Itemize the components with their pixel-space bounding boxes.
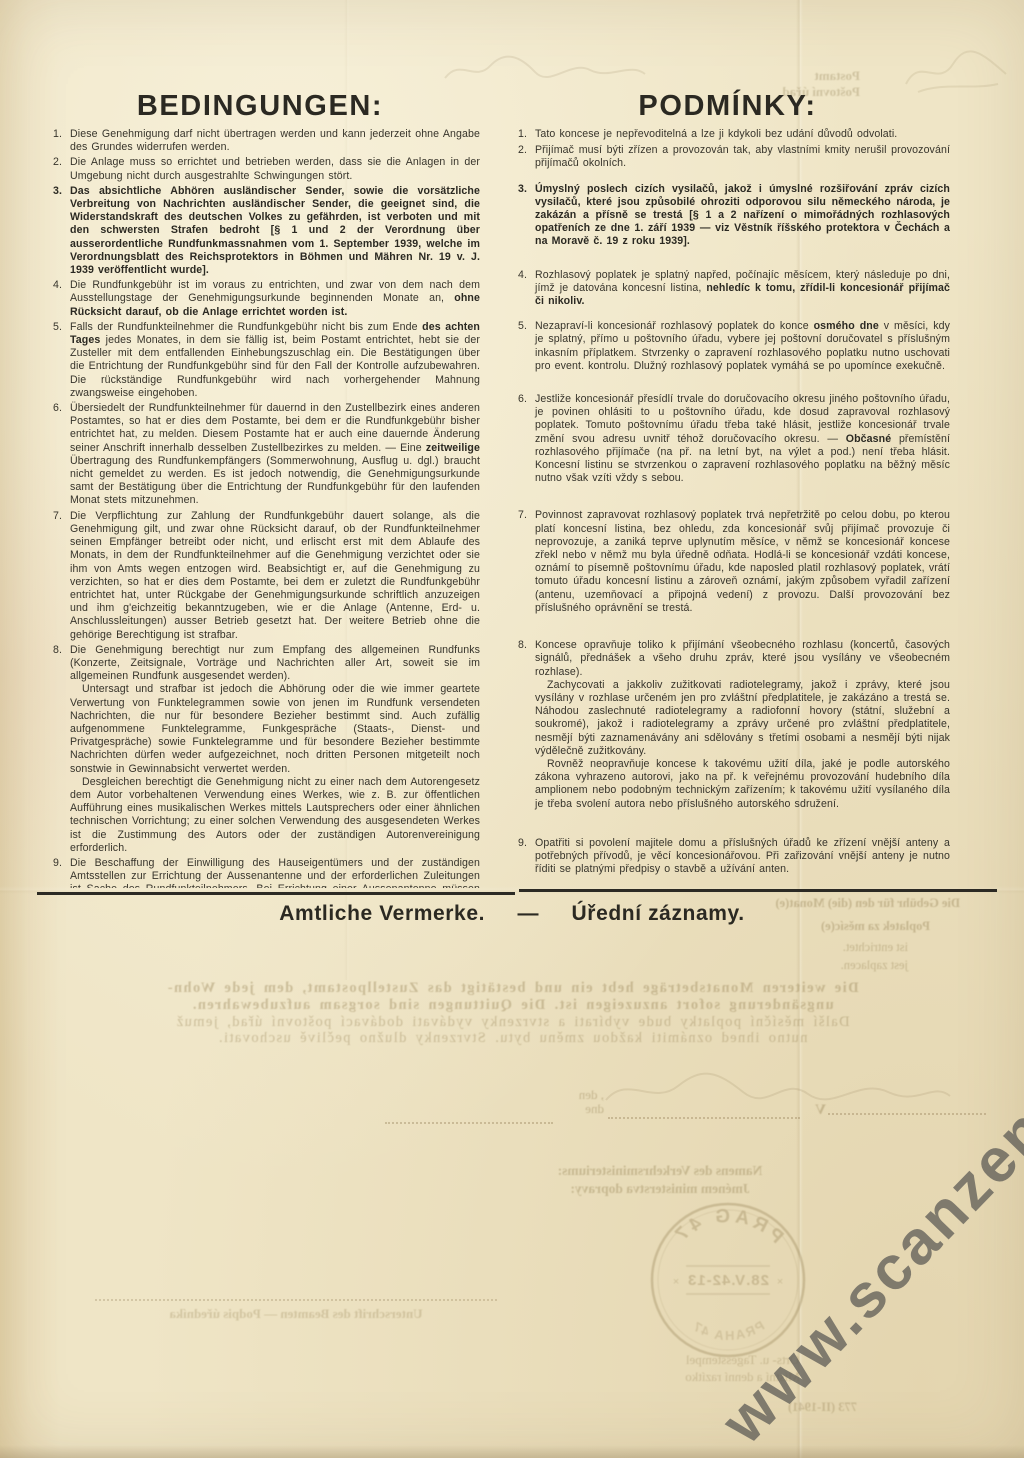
condition-item: 3.Úmyslný poslech cizích vysilačů, jakož… — [505, 183, 950, 249]
condition-item: 8.Die Genehmigung berechtigt nur zum Emp… — [40, 644, 480, 855]
item-text: Koncese opravňuje toliko k přijímání vše… — [535, 639, 950, 811]
item-text: Nezapraví-li koncesionář rozhlasový popl… — [535, 320, 950, 373]
bleed-fee-line-cs: Poplatek za měsíc(e) — [765, 919, 930, 934]
item-text: Die Anlage muss so errichtet und betrieb… — [70, 156, 480, 182]
condition-item: 8.Koncese opravňuje toliko k přijímání v… — [505, 639, 950, 811]
condition-item: 6.Übersiedelt der Rundfunkteilnehmer für… — [40, 402, 480, 508]
item-text: Rozhlasový poplatek je splatný napřed, p… — [535, 269, 950, 309]
german-conditions-list: 1.Diese Genehmigung darf nicht übertrage… — [40, 128, 480, 888]
bleed-signature-caption: Unterschrift des Beamten — Podpis úřední… — [128, 1306, 464, 1322]
item-number: 2. — [505, 144, 527, 157]
bleed-monthly-paragraph: Die weiteren Monatsbeträge hebt ein und … — [55, 980, 970, 1047]
bleed-ministry-label: Namens des Verkehrsministeriums: Jménem … — [540, 1162, 780, 1197]
item-number: 5. — [505, 320, 527, 333]
scanned-license-back-page: Postamt Poštovní úřad BEDINGUNGEN: PODMÍ… — [0, 0, 1024, 1458]
item-text: Die Genehmigung berechtigt nur zum Empfa… — [70, 644, 480, 855]
condition-item: 5.Nezapraví-li koncesionář rozhlasový po… — [505, 320, 950, 373]
item-number: 8. — [505, 639, 527, 652]
svg-text:×: × — [777, 1276, 783, 1288]
item-text: Das absichtliche Abhören ausländischer S… — [70, 185, 480, 277]
item-number: 1. — [505, 128, 527, 141]
czech-conditions-list: 1.Tato koncese je nepřevoditelná a lze j… — [505, 128, 950, 888]
condition-item: 7.Povinnost zapravovat rozhlasový poplat… — [505, 509, 950, 615]
handwriting-bleed — [598, 1066, 958, 1114]
condition-item: 1.Diese Genehmigung darf nicht übertrage… — [40, 128, 480, 154]
item-text: Tato koncese je nepřevoditelná a lze ji … — [535, 128, 950, 141]
item-number: 2. — [40, 156, 62, 169]
item-text: Úmyslný poslech cizích vysilačů, jakož i… — [535, 183, 950, 249]
dotted-line — [95, 1299, 497, 1301]
dotted-line — [385, 1122, 553, 1124]
condition-item: 4.Rozhlasový poplatek je splatný napřed,… — [505, 269, 950, 309]
heading-czech: PODMÍNKY: — [505, 90, 950, 123]
item-text: Jestliže koncesionář přesídlí trvale do … — [535, 393, 950, 485]
scan-edge-shadow — [0, 1445, 1024, 1458]
condition-item: 5.Falls der Rundfunkteilnehmer die Rundf… — [40, 321, 480, 400]
heading-german: BEDINGUNGEN: — [40, 90, 480, 123]
item-text: Opatřiti si povolení majitele domu a pří… — [535, 837, 950, 877]
stamp-city-top: PRAG 47 — [669, 1205, 788, 1248]
item-number: 3. — [505, 183, 527, 196]
item-number: 3. — [40, 185, 62, 198]
item-number: 8. — [40, 644, 62, 657]
item-text: Die Rundfunkgebühr ist im voraus zu entr… — [70, 279, 480, 319]
condition-item: 9.Die Beschaffung der Einwilligung des H… — [40, 857, 480, 888]
item-text: Přijímač musí býti zřízen a provozován t… — [535, 144, 950, 170]
condition-item: 2.Die Anlage muss so errichtet und betri… — [40, 156, 480, 182]
stamp-city-bottom: PRAHA 47 — [689, 1318, 767, 1343]
item-text: Übersiedelt der Rundfunkteilnehmer für d… — [70, 402, 480, 508]
item-number: 7. — [40, 510, 62, 523]
handwriting-bleed — [440, 48, 650, 90]
svg-text:PRAG 47: PRAG 47 — [669, 1205, 788, 1248]
item-text: Die Verpflichtung zur Zahlung der Rundfu… — [70, 510, 480, 642]
bleed-place-label: V — [804, 1102, 826, 1119]
item-text: Povinnost zapravovat rozhlasový poplatek… — [535, 509, 950, 615]
item-number: 4. — [40, 279, 62, 292]
stamp-date: 28.V.42-13 — [687, 1272, 769, 1289]
item-number: 6. — [505, 393, 527, 406]
dotted-line — [828, 1113, 986, 1115]
item-number: 7. — [505, 509, 527, 522]
condition-item: 2.Přijímač musí býti zřízen a provozován… — [505, 144, 950, 170]
item-number: 1. — [40, 128, 62, 141]
item-number: 5. — [40, 321, 62, 334]
condition-item: 7.Die Verpflichtung zur Zahlung der Rund… — [40, 510, 480, 642]
divider-rule — [519, 889, 997, 892]
bleed-fee-line-de: Die Gebühr für den (die) Monat(e) — [745, 896, 960, 911]
condition-item: 3.Das absichtliche Abhören ausländischer… — [40, 185, 480, 277]
bleed-paid-line-cs: jest zaplacen. — [788, 958, 908, 973]
svg-text:PRAHA 47: PRAHA 47 — [689, 1318, 767, 1343]
item-text: Die Beschaffung der Einwilligung des Hau… — [70, 857, 480, 888]
heading-dash: — — [517, 902, 539, 926]
dotted-line — [608, 1117, 800, 1119]
item-number: 4. — [505, 269, 527, 282]
item-number: 6. — [40, 402, 62, 415]
official-notes-czech: Úřední záznamy. — [572, 902, 745, 925]
svg-text:×: × — [673, 1276, 679, 1288]
divider-rule — [37, 892, 515, 895]
bleed-date-label: , den dne — [558, 1088, 604, 1116]
official-notes-german: Amtliche Vermerke. — [279, 902, 485, 925]
item-number: 9. — [40, 857, 62, 870]
condition-item: 1.Tato koncese je nepřevoditelná a lze j… — [505, 128, 950, 141]
item-number: 9. — [505, 837, 527, 850]
item-text: Diese Genehmigung darf nicht übertragen … — [70, 128, 480, 154]
condition-item: 9.Opatřiti si povolení majitele domu a p… — [505, 837, 950, 877]
condition-item: 6.Jestliže koncesionář přesídlí trvale d… — [505, 393, 950, 485]
condition-item: 4.Die Rundfunkgebühr ist im voraus zu en… — [40, 279, 480, 319]
item-text: Falls der Rundfunkteilnehmer die Rundfun… — [70, 321, 480, 400]
bleed-paid-line-de: ist entrichtet. — [788, 940, 908, 955]
